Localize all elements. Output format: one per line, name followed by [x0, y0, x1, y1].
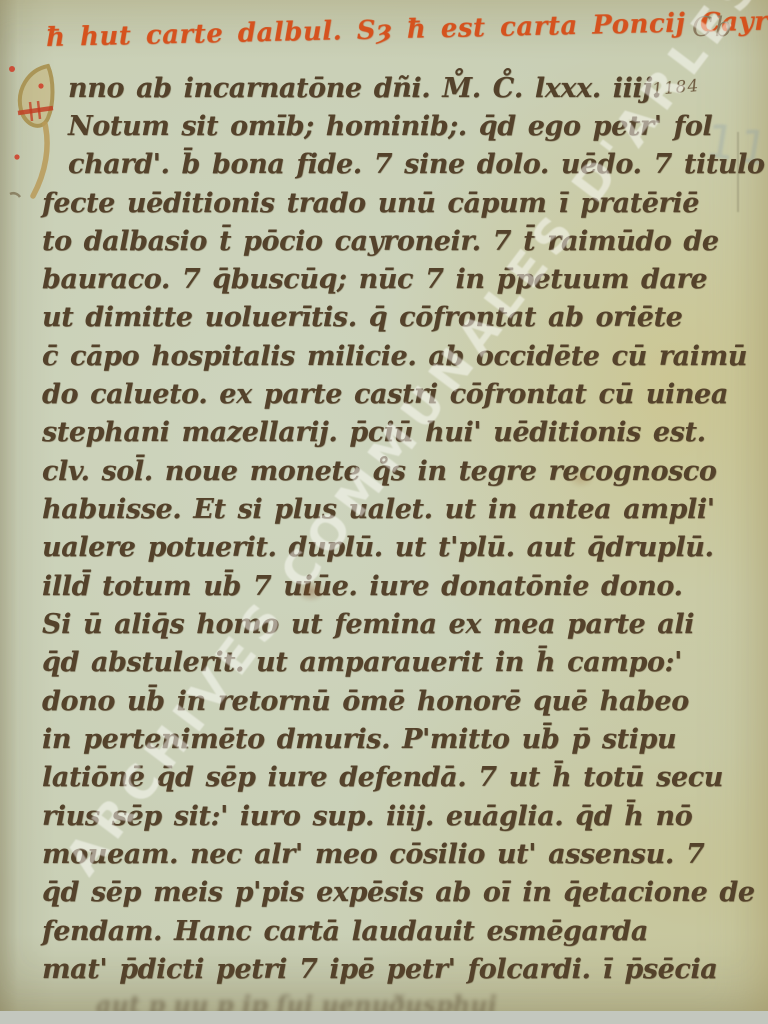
parchment-crease	[737, 132, 739, 212]
text-line: habuisse. Et si plus ualet. ut in antea …	[42, 491, 654, 529]
text-line: Notum sit omīb; hominib;. q̄d ego petr' …	[68, 108, 648, 146]
text-line: stephani mazellarij. p̄ciū hui' uēdition…	[42, 414, 654, 452]
text-line: ut dimitte uoluerītis. q̄ cōfrontat ab o…	[42, 299, 652, 337]
text-line: rius sēp sit:' iuro sup. iiij. euāglia. …	[42, 798, 650, 836]
text-line: latiōnē q̄d sēp iure defendā. 7 ut h̄ to…	[42, 759, 654, 797]
rubric-heading: ħ hut carte dalbul. Sȝ ħ est carta Ponci…	[46, 9, 663, 53]
parchment-stain	[568, 470, 594, 488]
text-line: to dalbasio t̄ pōcio cayroneir. 7 t̄ rai…	[42, 223, 654, 261]
text-line: bauraco. 7 q̄buscūq; nūc 7 in p̄petuum d…	[42, 261, 650, 299]
folio-mark: Cb	[692, 12, 734, 43]
text-line: nno ab incarnatōne dñi. M̊. C̊. lxxx. ii…	[68, 70, 626, 108]
text-line: moueam. nec alr' meo cōsilio ut' assensu…	[42, 836, 642, 874]
text-line: chard'. b̄ bona fide. 7 sine dolo. uēdo.…	[68, 146, 660, 184]
photo-edge-strip	[0, 1011, 768, 1024]
text-line: q̄d abstulerit. ut amparauerit in h̄ cam…	[42, 644, 642, 682]
manuscript-page-photo: ħ hut carte dalbul. Sȝ ħ est carta Ponci…	[0, 0, 768, 1024]
text-line: do calueto. ex parte castri cōfrontat cū…	[42, 376, 652, 414]
text-line: ualere potuerit. duplū. ut t'plū. aut q̄…	[42, 529, 656, 567]
text-line: dono ub̄ in retornū ōmē honorē quē habeo	[42, 683, 648, 721]
text-line: in pertenimēto dmuris. P'mitto ub̄ p̄ st…	[42, 721, 648, 759]
text-line: q̄d sēp meis p'pis expēsis ab oī in q̄et…	[42, 874, 656, 912]
text-line: c̄ cāpo hospitalis milicie. ab occidēte …	[42, 338, 654, 376]
text-line: fecte uēditionis trado unū cāpum ī pratē…	[42, 185, 654, 223]
text-line: fendam. Hanc cartā laudauit esmēgarda	[42, 913, 614, 951]
text-line: illd̄ totum ub̄ 7 uiūe. iure donatōnie d…	[42, 568, 632, 606]
illuminated-initial-a	[8, 60, 66, 202]
text-line: mat' p̄dicti petri 7 ipē petr' folcardi.…	[42, 951, 640, 989]
text-line: clv. sol̄. noue monete q̊s in tegre reco…	[42, 453, 648, 491]
parchment-stain	[296, 580, 326, 602]
text-line: Si ū aliq̄s homo ut femina ex mea parte …	[42, 606, 652, 644]
